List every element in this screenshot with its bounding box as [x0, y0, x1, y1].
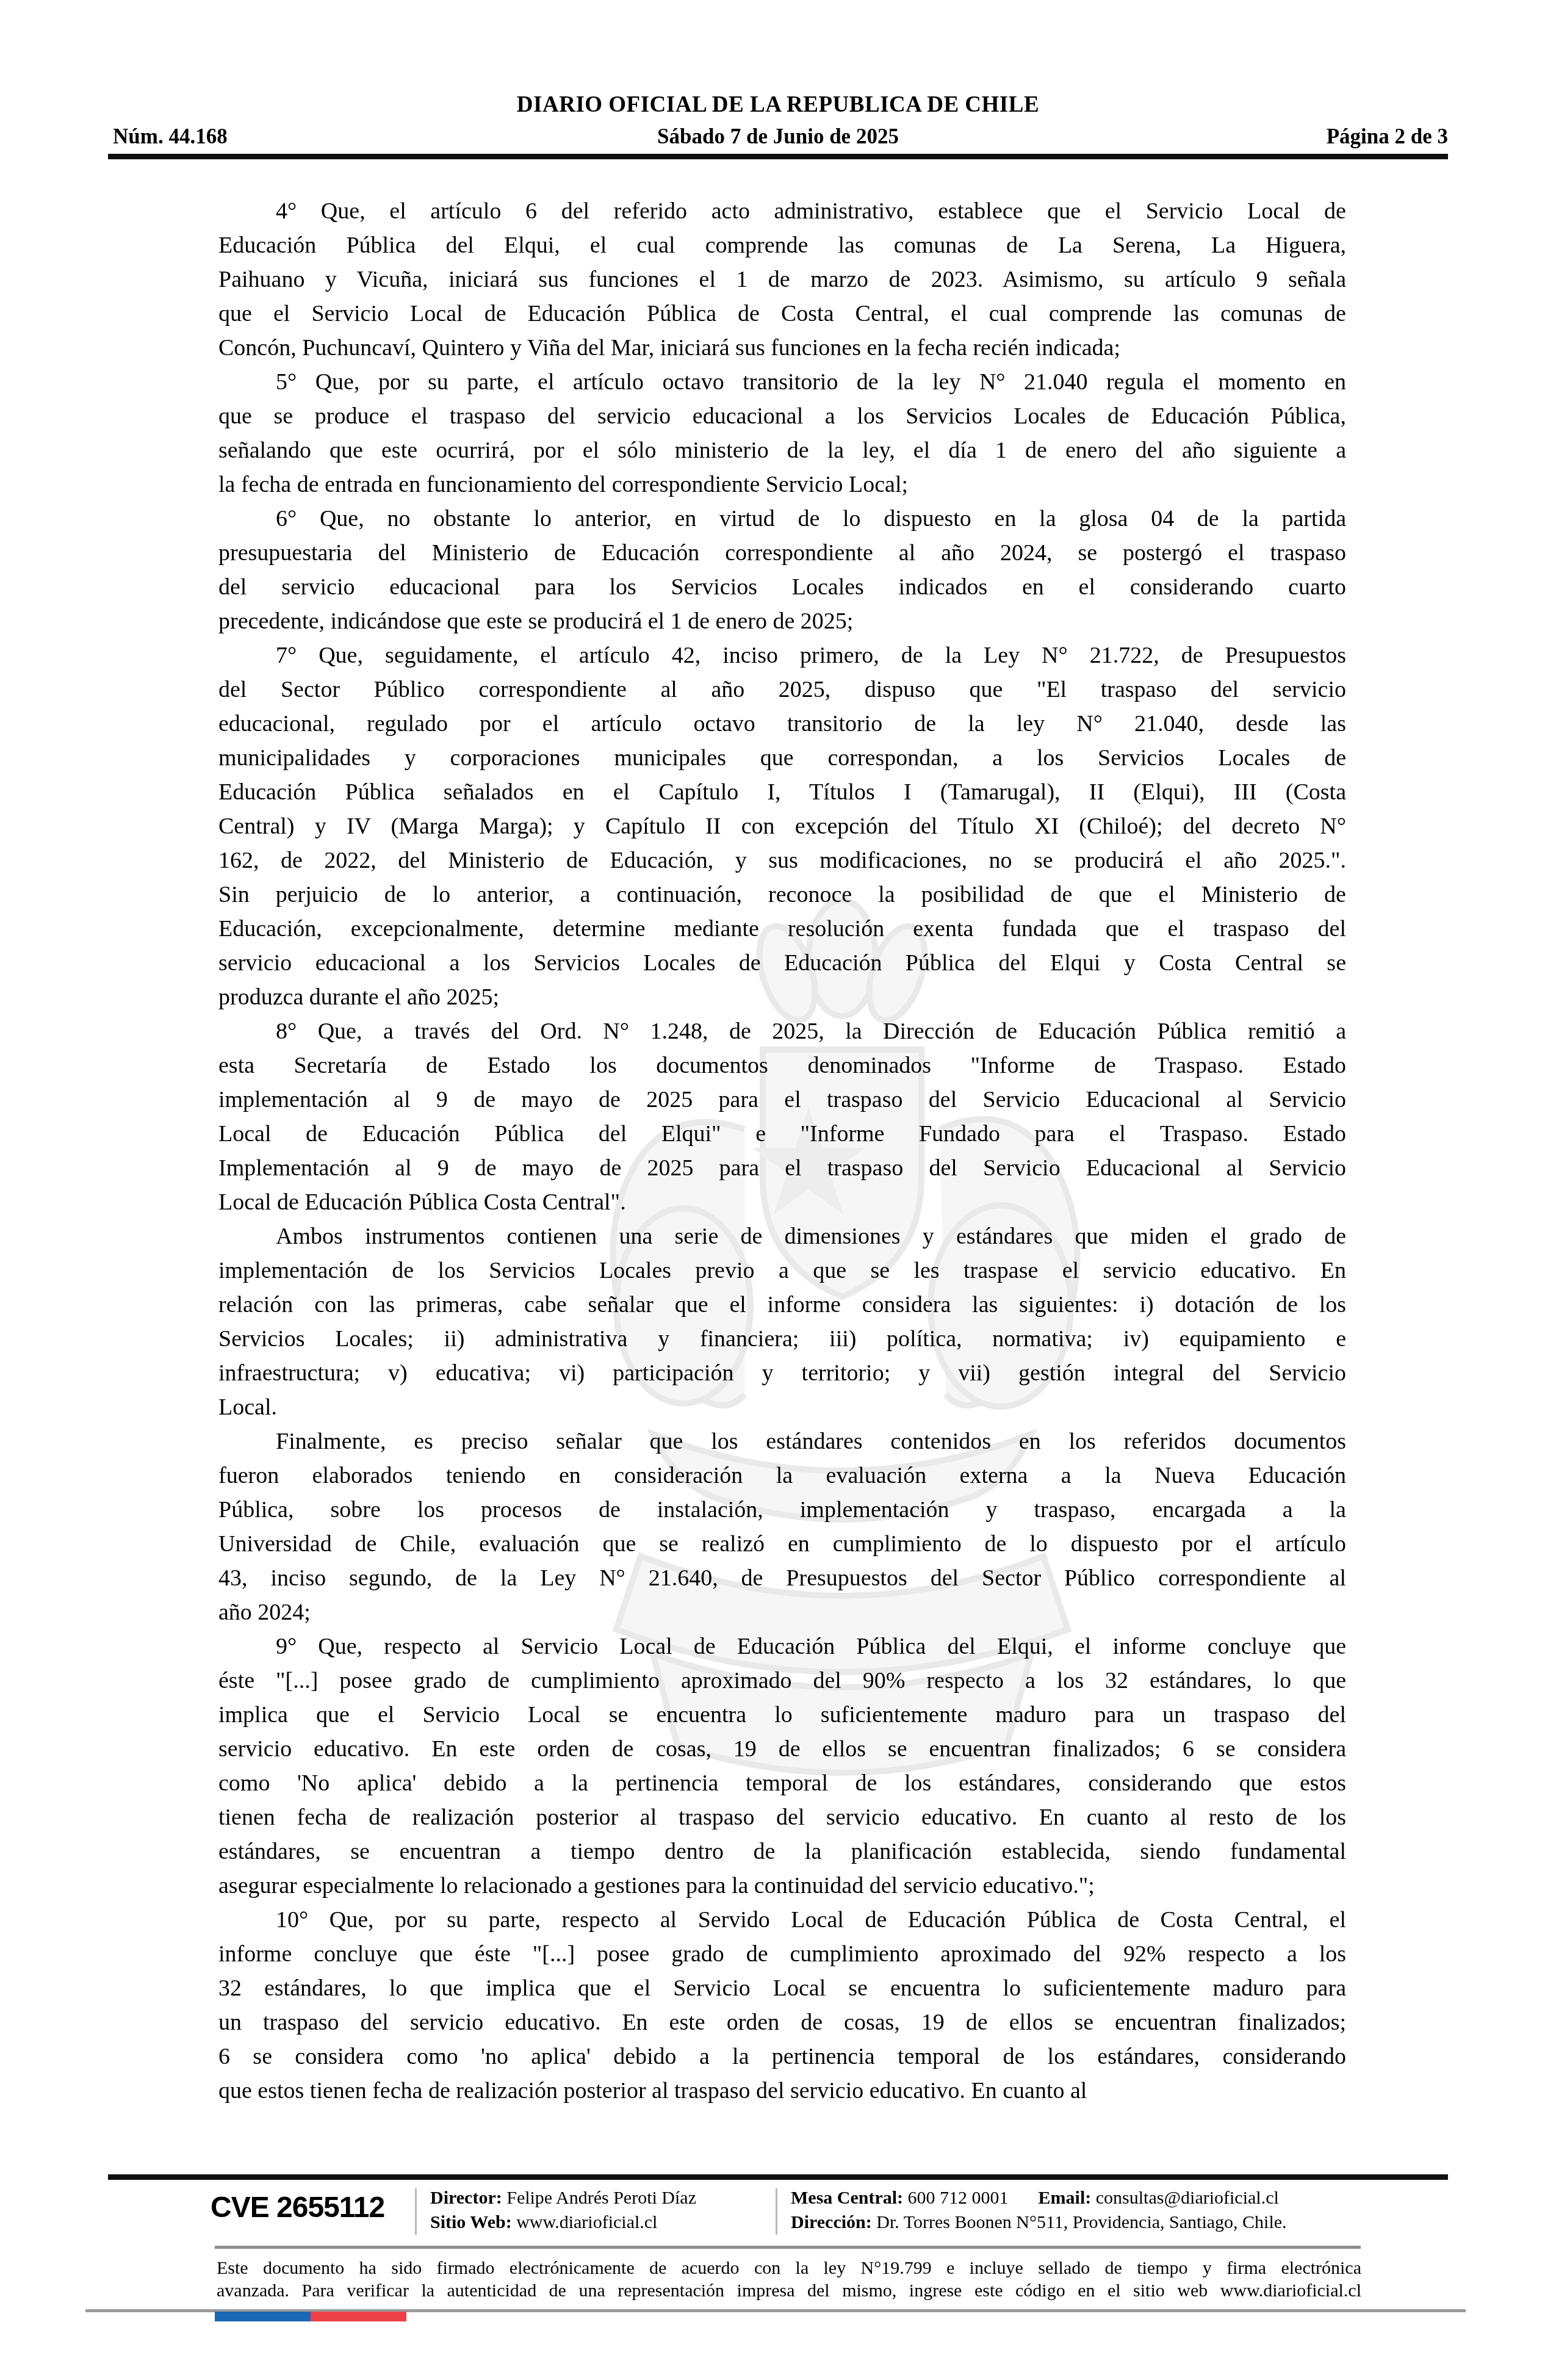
masthead-title: DIARIO OFICIAL DE LA REPUBLICA DE CHILE — [0, 92, 1556, 118]
body-line: la fecha de entrada en funcionamiento de… — [218, 467, 1346, 502]
footer-divider — [776, 2188, 777, 2235]
body-line: produzca durante el año 2025; — [218, 980, 1346, 1014]
body-line: estándares, se encuentran a tiempo dentr… — [218, 1834, 1346, 1869]
body-line: 9° Que, respecto al Servicio Local de Ed… — [218, 1629, 1346, 1664]
paragraph: 10° Que, por su parte, respecto al Servi… — [218, 1903, 1346, 2108]
body-line: asegurar especialmente lo relacionado a … — [218, 1869, 1346, 1903]
legal-note-line: Este documento ha sido firmado electróni… — [217, 2257, 1361, 2279]
body-line: Sin perjuicio de lo anterior, a continua… — [218, 878, 1346, 912]
website-url: www.diarioficial.cl — [516, 2212, 657, 2232]
paragraph: Finalmente, es preciso señalar que los e… — [218, 1424, 1346, 1629]
body-line: 6° Que, no obstante lo anterior, en virt… — [218, 502, 1346, 536]
body-line: Servicios Locales; ii) administrativa y … — [218, 1322, 1346, 1356]
body-line: esta Secretaría de Estado los documentos… — [218, 1048, 1346, 1083]
body-line: tienen fecha de realización posterior al… — [218, 1800, 1346, 1834]
body-line: 10° Que, por su parte, respecto al Servi… — [218, 1903, 1346, 1937]
body-line: 32 estándares, lo que implica que el Ser… — [218, 1971, 1346, 2005]
body-line: que estos tienen fecha de realización po… — [218, 2074, 1346, 2108]
body-line: 43, inciso segundo, de la Ley N° 21.640,… — [218, 1561, 1346, 1595]
body-line: que el Servicio Local de Educación Públi… — [218, 297, 1346, 331]
legal-note-line: avanzada. Para verificar la autenticidad… — [217, 2279, 1361, 2302]
legal-note: Este documento ha sido firmado electróni… — [217, 2257, 1361, 2302]
body-line: Universidad de Chile, evaluación que se … — [218, 1527, 1346, 1561]
address-label: Dirección: — [791, 2212, 872, 2232]
header-rule — [108, 154, 1448, 159]
email-address: consultas@diarioficial.cl — [1096, 2188, 1279, 2208]
footer-divider — [415, 2188, 417, 2235]
body-line: 162, de 2022, del Ministerio de Educació… — [218, 843, 1346, 878]
phone-label: Mesa Central: — [791, 2188, 903, 2208]
body-line: Ambos instrumentos contienen una serie d… — [218, 1219, 1346, 1253]
address-line: Dirección: Dr. Torres Boonen N°511, Prov… — [791, 2210, 1377, 2235]
body-line: municipalidades y corporaciones municipa… — [218, 741, 1346, 775]
cve-code: CVE 2655112 — [211, 2191, 406, 2224]
footer-info: CVE 2655112 Director: Felipe Andrés Pero… — [0, 2186, 1556, 2247]
body-line: Central) y IV (Marga Marga); y Capítulo … — [218, 809, 1346, 843]
body-line: presupuestaria del Ministerio de Educaci… — [218, 536, 1346, 570]
body-line: Paihuano y Vicuña, iniciará sus funcione… — [218, 262, 1346, 297]
body-line: Educación Pública del Elqui, el cual com… — [218, 228, 1346, 262]
body-line: un traspaso del servicio educativo. En e… — [218, 2005, 1346, 2039]
body-line: como 'No aplica' debido a la pertinencia… — [218, 1766, 1346, 1800]
issue-date: Sábado 7 de Junio de 2025 — [0, 124, 1556, 149]
body-line: servicio educativo. En este orden de cos… — [218, 1732, 1346, 1766]
body-line: Concón, Puchuncaví, Quintero y Viña del … — [218, 331, 1346, 365]
body-line: Local de Educación Pública Costa Central… — [218, 1185, 1346, 1219]
body-line: Local. — [218, 1390, 1346, 1424]
footer-top-bar — [108, 2174, 1448, 2180]
address-value: Dr. Torres Boonen N°511, Providencia, Sa… — [876, 2212, 1286, 2232]
body-line: Pública, sobre los procesos de instalaci… — [218, 1493, 1346, 1527]
flag-blue-stripe — [215, 2312, 311, 2321]
phone-number: 600 712 0001 — [908, 2188, 1009, 2208]
body-line: implementación de los Servicios Locales … — [218, 1253, 1346, 1288]
flag-red-stripe — [311, 2312, 406, 2321]
body-line: 4° Que, el artículo 6 del referido acto … — [218, 194, 1346, 228]
document-page: DIARIO OFICIAL DE LA REPUBLICA DE CHILE … — [0, 0, 1556, 2380]
footer-director-block: Director: Felipe Andrés Peroti Díaz Siti… — [430, 2186, 772, 2235]
body-line: infraestructura; v) educativa; vi) parti… — [218, 1356, 1346, 1390]
footer-rule — [215, 2246, 1361, 2249]
header-row: Núm. 44.168 Sábado 7 de Junio de 2025 Pá… — [0, 124, 1556, 151]
footer-contact-block: Mesa Central: 600 712 0001 Email: consul… — [791, 2186, 1377, 2235]
website-line: Sitio Web: www.diarioficial.cl — [430, 2210, 772, 2235]
body-line: Finalmente, es preciso señalar que los e… — [218, 1424, 1346, 1459]
body-line: señalando que este ocurrirá, por el sólo… — [218, 433, 1346, 467]
director-label: Director: — [430, 2188, 502, 2208]
body-line: Educación, excepcionalmente, determine m… — [218, 912, 1346, 946]
paragraph: 5° Que, por su parte, el artículo octavo… — [218, 365, 1346, 502]
director-name: Felipe Andrés Peroti Díaz — [506, 2188, 696, 2208]
body-line: precedente, indicándose que este se prod… — [218, 604, 1346, 638]
body-line: implica que el Servicio Local se encuent… — [218, 1698, 1346, 1732]
body-line: informe concluye que éste "[...] posee g… — [218, 1937, 1346, 1971]
body-text: 4° Que, el artículo 6 del referido acto … — [218, 194, 1346, 2108]
body-line: Implementación al 9 de mayo de 2025 para… — [218, 1151, 1346, 1185]
body-line: del servicio educacional para los Servic… — [218, 570, 1346, 604]
paragraph: 9° Que, respecto al Servicio Local de Ed… — [218, 1629, 1346, 1903]
paragraph: Ambos instrumentos contienen una serie d… — [218, 1219, 1346, 1424]
phone-email-line: Mesa Central: 600 712 0001 Email: consul… — [791, 2186, 1377, 2210]
body-line: fueron elaborados teniendo en considerac… — [218, 1459, 1346, 1493]
paragraph: 7° Que, seguidamente, el artículo 42, in… — [218, 638, 1346, 1014]
body-line: éste "[...] posee grado de cumplimiento … — [218, 1664, 1346, 1698]
paragraph: 8° Que, a través del Ord. N° 1.248, de 2… — [218, 1014, 1346, 1219]
body-line: Local de Educación Pública del Elqui" e … — [218, 1117, 1346, 1151]
paragraph: 6° Que, no obstante lo anterior, en virt… — [218, 502, 1346, 638]
director-line: Director: Felipe Andrés Peroti Díaz — [430, 2186, 772, 2210]
body-line: Educación Pública señalados en el Capítu… — [218, 775, 1346, 809]
body-line: relación con las primeras, cabe señalar … — [218, 1288, 1346, 1322]
email-label: Email: — [1039, 2188, 1092, 2208]
body-line: año 2024; — [218, 1595, 1346, 1629]
website-label: Sitio Web: — [430, 2212, 512, 2232]
body-line: que se produce el traspaso del servicio … — [218, 399, 1346, 433]
body-line: 8° Que, a través del Ord. N° 1.248, de 2… — [218, 1014, 1346, 1048]
body-line: 7° Que, seguidamente, el artículo 42, in… — [218, 638, 1346, 673]
body-line: educacional, regulado por el artículo oc… — [218, 707, 1346, 741]
body-line: implementación al 9 de mayo de 2025 para… — [218, 1083, 1346, 1117]
body-line: del Sector Público correspondiente al añ… — [218, 673, 1346, 707]
paragraph: 4° Que, el artículo 6 del referido acto … — [218, 194, 1346, 365]
page-indicator: Página 2 de 3 — [1327, 124, 1448, 149]
body-line: 5° Que, por su parte, el artículo octavo… — [218, 365, 1346, 399]
body-line: servicio educacional a los Servicios Loc… — [218, 946, 1346, 980]
body-line: 6 se considera como 'no aplica' debido a… — [218, 2039, 1346, 2074]
